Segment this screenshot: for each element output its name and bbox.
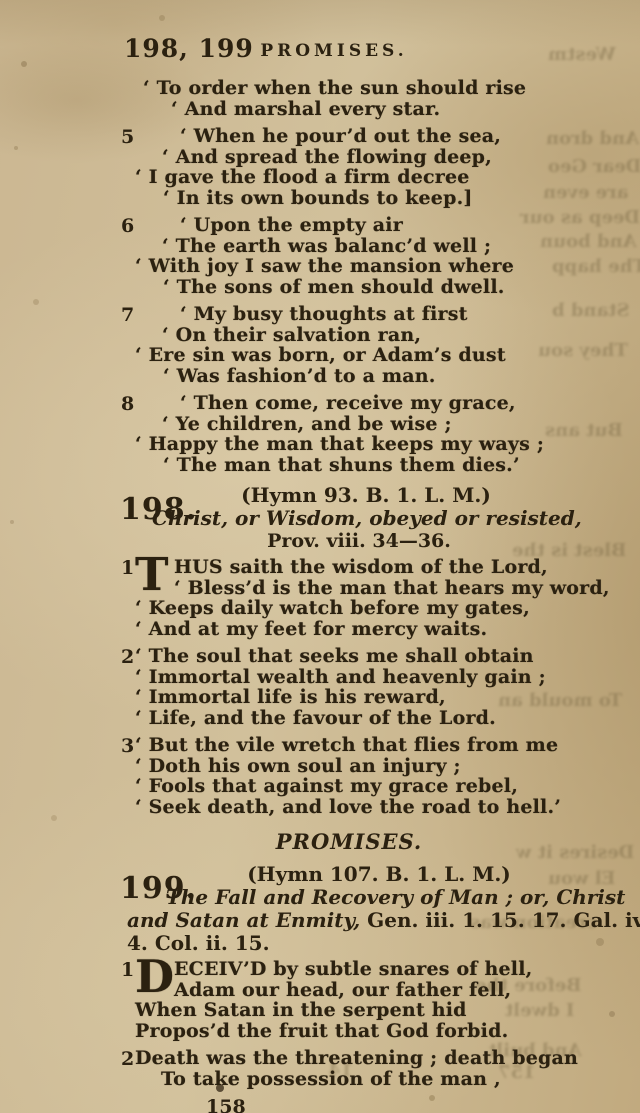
verse-line: ‘ I gave the flood a firm decree (118, 167, 580, 188)
verse-line: ‘ To order when the sun should rise (118, 78, 580, 99)
hymn-199-title-roman: Gen. iii. 1. 15. 17. Gal. iv. (360, 908, 640, 932)
verse-number: 2 (121, 646, 134, 668)
verse-line: ‘ In its own bounds to keep.] (118, 188, 580, 209)
verse-line: ‘ And marshal every star. (118, 99, 580, 120)
verse-line: ‘ The sons of men should dwell. (118, 277, 580, 298)
verse-line: ‘ Ye children, and be wise ; (118, 414, 580, 435)
hymn-199-title-italic: and Satan at Enmity, (127, 908, 360, 932)
hymn-199-title-line: and Satan at Enmity, Gen. iii. 1. 15. 17… (118, 909, 580, 932)
verse-number: 2 (121, 1048, 134, 1070)
verse-number: 7 (121, 304, 134, 326)
hymn-198-stanzas: 1THUS saith the wisdom of the Lord,‘ Ble… (118, 557, 580, 817)
stanza: 3‘ But the vile wretch that flies from m… (118, 735, 580, 817)
verse-line: ‘ Bless’d is the man that hears my word, (118, 578, 580, 599)
hymn-199-heading: 199. (Hymn 107. B. 1. L. M.) The Fall an… (118, 863, 580, 955)
stanza: ‘ To order when the sun should rise‘ And… (118, 78, 580, 119)
verse-line: ‘ Ere sin was born, or Adam’s dust (118, 345, 580, 366)
header-section-title: PROMISES. (118, 41, 550, 61)
verse-line: HUS saith the wisdom of the Lord, (118, 557, 580, 578)
verse-line: To take possession of the man , (118, 1069, 580, 1090)
hymn-198-number: 198. (120, 492, 197, 527)
hymn-199-stanzas: 1DECEIV’D by subtle snares of hell,Adam … (118, 959, 580, 1089)
page-number: 158 (206, 1096, 580, 1113)
stanza: 1DECEIV’D by subtle snares of hell,Adam … (118, 959, 580, 1041)
paper-specks (0, 0, 4, 4)
verse-line: ‘ Keeps daily watch before my gates, (118, 598, 580, 619)
verse-number: 6 (121, 215, 134, 237)
verse-line: ECEIV’D by subtle snares of hell, (118, 959, 580, 980)
section-divider: PROMISES. (118, 829, 580, 854)
verse-line: ‘ Life, and the favour of the Lord. (118, 708, 580, 729)
verse-line: ‘ The man that shuns them dies.’ (118, 455, 580, 476)
verse-line: Death was the threatening ; death began (118, 1048, 580, 1069)
verse-number: 3 (121, 735, 134, 757)
hymn-199-title-line: 4. Col. ii. 15. (118, 932, 580, 955)
verse-number: 1 (121, 557, 134, 579)
verse-line: ‘ On their salvation ran, (118, 325, 580, 346)
drop-cap-letter: T (135, 558, 169, 597)
verse-number: 5 (121, 126, 134, 148)
verse-line: ‘ But the vile wretch that flies from me (118, 735, 580, 756)
verse-line: ‘ When he pour’d out the sea, (118, 126, 580, 147)
verse-line: ‘ Doth his own soul an injury ; (118, 756, 580, 777)
hymn-199-number: 199. (120, 871, 197, 906)
verse-line: When Satan in the serpent hid (118, 1000, 580, 1021)
verse-number: 8 (121, 393, 134, 415)
stanza: 1THUS saith the wisdom of the Lord,‘ Ble… (118, 557, 580, 639)
page-header: 198, 199 PROMISES. (118, 34, 580, 68)
verse-line: ‘ Was fashion’d to a man. (118, 366, 580, 387)
verse-line: ‘ My busy thoughts at first (118, 304, 580, 325)
hymn-199-title-italic: The Fall and Recovery of Man ; or, Chris… (166, 885, 625, 909)
book-page: Westm And dron Dear Geo are even Deep as… (0, 0, 640, 1113)
continued-hymn-stanzas: ‘ To order when the sun should rise‘ And… (118, 78, 580, 475)
verse-line: ‘ The soul that seeks me shall obtain (118, 646, 580, 667)
verse-line: ‘ Upon the empty air (118, 215, 580, 236)
drop-cap-letter: D (135, 960, 169, 999)
verse-line: ‘ Then come, receive my grace, (118, 393, 580, 414)
verse-line: ‘ And at my feet for mercy waits. (118, 619, 580, 640)
verse-line: Adam our head, our father fell, (118, 980, 580, 1001)
stanza: 7‘ My busy thoughts at first‘ On their s… (118, 304, 580, 386)
verse-line: Propos’d the fruit that God forbid. (118, 1021, 580, 1042)
verse-line: ‘ Immortal life is his reward, (118, 687, 580, 708)
verse-line: ‘ And spread the flowing deep, (118, 147, 580, 168)
stanza: 8‘ Then come, receive my grace,‘ Ye chil… (118, 393, 580, 475)
verse-line: ‘ With joy I saw the mansion where (118, 256, 580, 277)
verse-number: 1 (121, 959, 134, 981)
verse-line: ‘ The earth was balanc’d well ; (118, 236, 580, 257)
stanza: 6‘ Upon the empty air‘ The earth was bal… (118, 215, 580, 297)
verse-line: ‘ Seek death, and love the road to hell.… (118, 797, 580, 818)
stanza: 2‘ The soul that seeks me shall obtain‘ … (118, 646, 580, 728)
text-column: 198, 199 PROMISES. ‘ To order when the s… (118, 34, 580, 1113)
verse-line: ‘ Happy the man that keeps my ways ; (118, 434, 580, 455)
hymn-198-heading: 198. (Hymn 93. B. 1. L. M.) Christ, or W… (118, 484, 580, 553)
stanza: 5‘ When he pour’d out the sea,‘ And spre… (118, 126, 580, 208)
verse-line: ‘ Immortal wealth and heavenly gain ; (118, 667, 580, 688)
hymn-198-reference: Prov. viii. 34—36. (118, 530, 580, 553)
stanza: 2Death was the threatening ; death began… (118, 1048, 580, 1089)
verse-line: ‘ Fools that against my grace rebel, (118, 776, 580, 797)
